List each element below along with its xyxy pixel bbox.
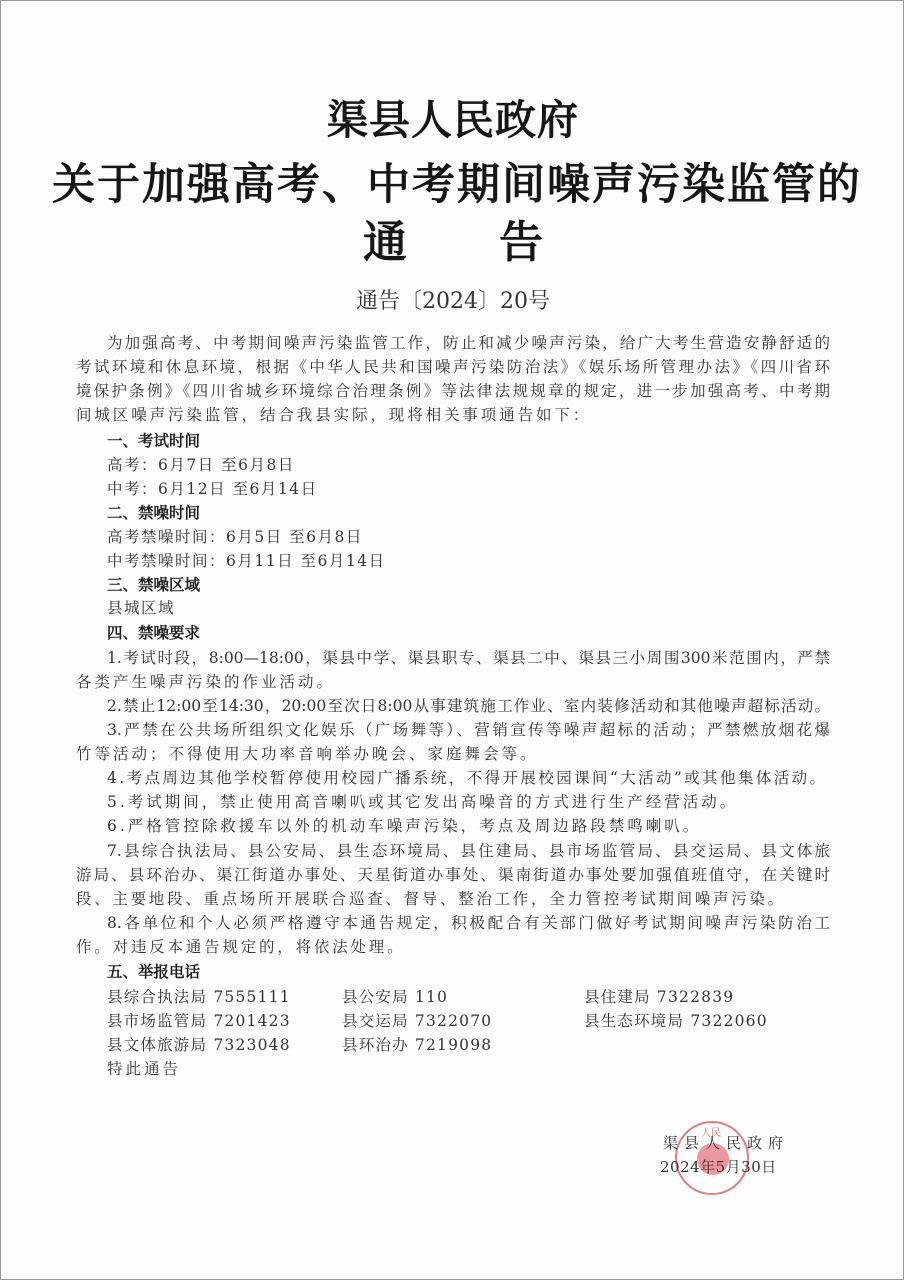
requirement-3-line: 竹等活动；不得使用大功率音响举办晚会、家庭舞会等。 (76, 744, 830, 764)
intro-line: 考试环境和休息环境，根据《中华人民共和国噪声污染防治法》《娱乐场所管理办法》《四… (76, 357, 830, 377)
phone-entry: 县公安局 110 (342, 987, 448, 1007)
requirement-7-line: 游局、县环治办、渠江街道办事处、天星街道办事处、渠南街道办事处要加强值班值守，在… (76, 865, 830, 885)
phone-entry: 县住建局 7322839 (584, 987, 734, 1007)
noise-ban-gaokao: 高考禁噪时间：6月5日 至6月8日 (107, 527, 861, 547)
requirement-4-line: 4.考点周边其他学校暂停使用校园广播系统，不得开展校园课间“大活动”或其他集体活… (107, 768, 830, 788)
requirement-1-line: 各类产生噪声污染的作业活动。 (76, 672, 830, 692)
closing-remark: 特此通告 (107, 1059, 861, 1079)
requirement-7-line: 7.县综合执法局、县公安局、县生态环境局、县住建局、县市场监管局、县交运局、县文… (107, 841, 830, 861)
exam-time-gaokao: 高考：6月7日 至6月8日 (107, 455, 861, 475)
exam-time-zhongkao: 中考：6月12日 至6月14日 (107, 479, 861, 499)
phone-entry: 县文体旅游局 7323048 (107, 1035, 291, 1055)
section-heading-report-phones: 五、举报电话 (107, 962, 861, 982)
requirement-6-line: 6.严格管控除救援车以外的机动车噪声污染，考点及周边路段禁鸣喇叭。 (107, 816, 830, 836)
notice-type-char-2: 告 (499, 206, 543, 270)
issuer-signature: 渠县人民政府 (663, 1132, 789, 1153)
requirement-1-line: 1.考试时段，8:00—18:00，渠县中学、渠县职专、渠县二中、渠县三小周围3… (107, 648, 830, 668)
intro-line: 间城区噪声污染监管，结合我县实际，现将相关事项通告如下： (76, 405, 830, 425)
phone-entry: 县综合执法局 7555111 (107, 987, 291, 1007)
requirement-5-line: 5.考试期间，禁止使用高音喇叭或其它发出高噪音的方式进行生产经营活动。 (107, 792, 830, 812)
phone-entry: 县生态环境局 7322060 (584, 1011, 768, 1031)
intro-line: 境保护条例》《四川省城乡环境综合治理条例》等法律法规规章的规定，进一步加强高考、… (76, 381, 830, 401)
requirement-2-line: 2.禁止12:00至14:30，20:00至次日8:00从事建筑施工作业、室内装… (107, 696, 830, 716)
noise-ban-zhongkao: 中考禁噪时间：6月11日 至6月14日 (107, 551, 861, 571)
intro-line: 为加强高考、中考期间噪声污染监管工作，防止和减少噪声污染，给广大考生营造安静舒适… (107, 333, 830, 353)
document-number: 通告〔2024〕20号 (1, 284, 904, 315)
document-page: 渠县人民政府 关于加强高考、中考期间噪声污染监管的 通告 通告〔2024〕20号… (0, 0, 904, 1280)
requirement-3-line: 3.严禁在公共场所组织文化娱乐（广场舞等）、营销宣传等噪声超标的活动；严禁燃放烟… (107, 720, 830, 740)
notice-type-char-1: 通 (363, 206, 407, 270)
issue-date: 2024年5月30日 (660, 1156, 777, 1177)
notice-subject-title: 关于加强高考、中考期间噪声污染监管的 (5, 151, 904, 212)
section-heading-exam-time: 一、考试时间 (107, 431, 861, 451)
notice-type-title: 通告 (1, 206, 904, 270)
section-heading-noise-ban-area: 三、禁噪区域 (107, 575, 861, 595)
requirement-8-line: 8.各单位和个人必须严格遵守本通告规定，积极配合有关部门做好考试期间噪声污染防治… (107, 913, 830, 933)
requirement-7-line: 段、主要地段、重点场所开展联合巡查、督导、整治工作，全力管控考试期间噪声污染。 (76, 889, 830, 909)
phone-entry: 县市场监管局 7201423 (107, 1011, 291, 1031)
issuer-title: 渠县人民政府 (1, 87, 904, 146)
section-heading-noise-ban-time: 二、禁噪时间 (107, 503, 861, 523)
section-heading-noise-requirements: 四、禁噪要求 (107, 623, 861, 643)
requirement-8-line: 作。对违反本通告规定的，将依法处理。 (76, 937, 830, 957)
phone-entry: 县交运局 7322070 (342, 1011, 492, 1031)
phone-entry: 县环治办 7219098 (342, 1035, 492, 1055)
noise-ban-area: 县城区域 (107, 598, 861, 618)
